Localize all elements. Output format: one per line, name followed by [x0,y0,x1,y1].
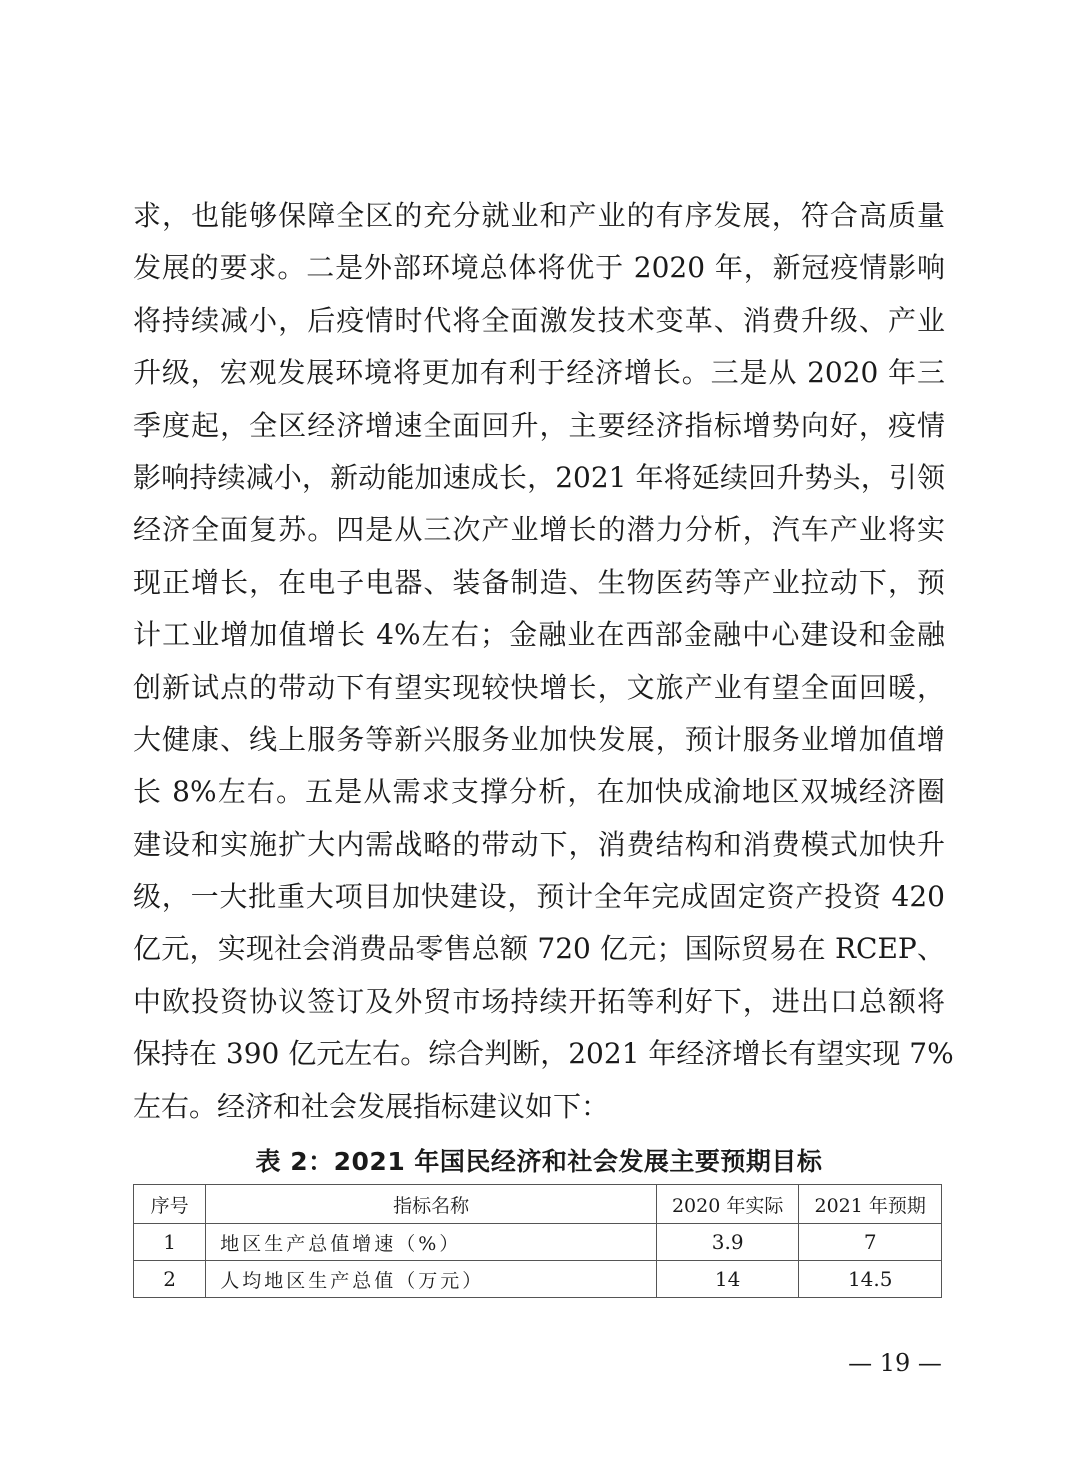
text-line: 将持续减小，后疫情时代将全面激发技术变革、消费升级、产业 [133,295,945,347]
text-line: 计工业增加值增长 4%左右；金融业在西部金融中心建设和金融 [133,609,945,661]
body-paragraph: 求，也能够保障全区的充分就业和产业的有序发展，符合高质量 发展的要求。二是外部环… [133,190,945,1133]
cell-2020-actual: 14 [656,1261,799,1298]
text-line: 级，一大批重大项目加快建设，预计全年完成固定资产投资 420 [133,871,945,923]
text-line: 大健康、线上服务等新兴服务业加快发展，预计服务业增加值增 [133,714,945,766]
cell-indicator-name: 地区生产总值增速（%） [206,1224,657,1261]
document-page: 求，也能够保障全区的充分就业和产业的有序发展，符合高质量 发展的要求。二是外部环… [0,0,1074,1458]
text-line: 发展的要求。二是外部环境总体将优于 2020 年，新冠疫情影响 [133,242,945,294]
text-line: 建设和实施扩大内需战略的带动下，消费结构和消费模式加快升 [133,819,945,871]
cell-index: 1 [134,1224,206,1261]
cell-2021-target: 7 [799,1224,942,1261]
text-line: 创新试点的带动下有望实现较快增长，文旅产业有望全面回暖， [133,662,945,714]
text-line: 季度起，全区经济增速全面回升，主要经济指标增势向好，疫情 [133,400,945,452]
text-line: 现正增长，在电子电器、装备制造、生物医药等产业拉动下，预 [133,557,945,609]
text-line: 经济全面复苏。四是从三次产业增长的潜力分析，汽车产业将实 [133,504,945,556]
header-indicator-name: 指标名称 [206,1185,657,1224]
header-2021-target: 2021 年预期 [799,1185,942,1224]
text-line: 中欧投资协议签订及外贸市场持续开拓等利好下，进出口总额将 [133,976,945,1028]
text-line: 求，也能够保障全区的充分就业和产业的有序发展，符合高质量 [133,190,945,242]
table-row: 2 人均地区生产总值（万元） 14 14.5 [134,1261,942,1298]
cell-2020-actual: 3.9 [656,1224,799,1261]
header-2020-actual: 2020 年实际 [656,1185,799,1224]
text-line: 亿元，实现社会消费品零售总额 720 亿元；国际贸易在 RCEP、 [133,923,945,975]
page-number: — 19 — [840,1348,950,1378]
text-line: 左右。经济和社会发展指标建议如下： [133,1081,945,1133]
cell-indicator-name: 人均地区生产总值（万元） [206,1261,657,1298]
header-index: 序号 [134,1185,206,1224]
targets-table: 序号 指标名称 2020 年实际 2021 年预期 1 地区生产总值增速（%） … [133,1184,942,1298]
text-line: 长 8%左右。五是从需求支撑分析，在加快成渝地区双城经济圈 [133,766,945,818]
table-title: 表 2：2021 年国民经济和社会发展主要预期目标 [133,1142,945,1182]
text-line: 升级，宏观发展环境将更加有利于经济增长。三是从 2020 年三 [133,347,945,399]
table-row: 1 地区生产总值增速（%） 3.9 7 [134,1224,942,1261]
table-header-row: 序号 指标名称 2020 年实际 2021 年预期 [134,1185,942,1224]
cell-index: 2 [134,1261,206,1298]
text-line: 保持在 390 亿元左右。综合判断，2021 年经济增长有望实现 7% [133,1028,945,1080]
text-line: 影响持续减小，新动能加速成长，2021 年将延续回升势头，引领 [133,452,945,504]
cell-2021-target: 14.5 [799,1261,942,1298]
